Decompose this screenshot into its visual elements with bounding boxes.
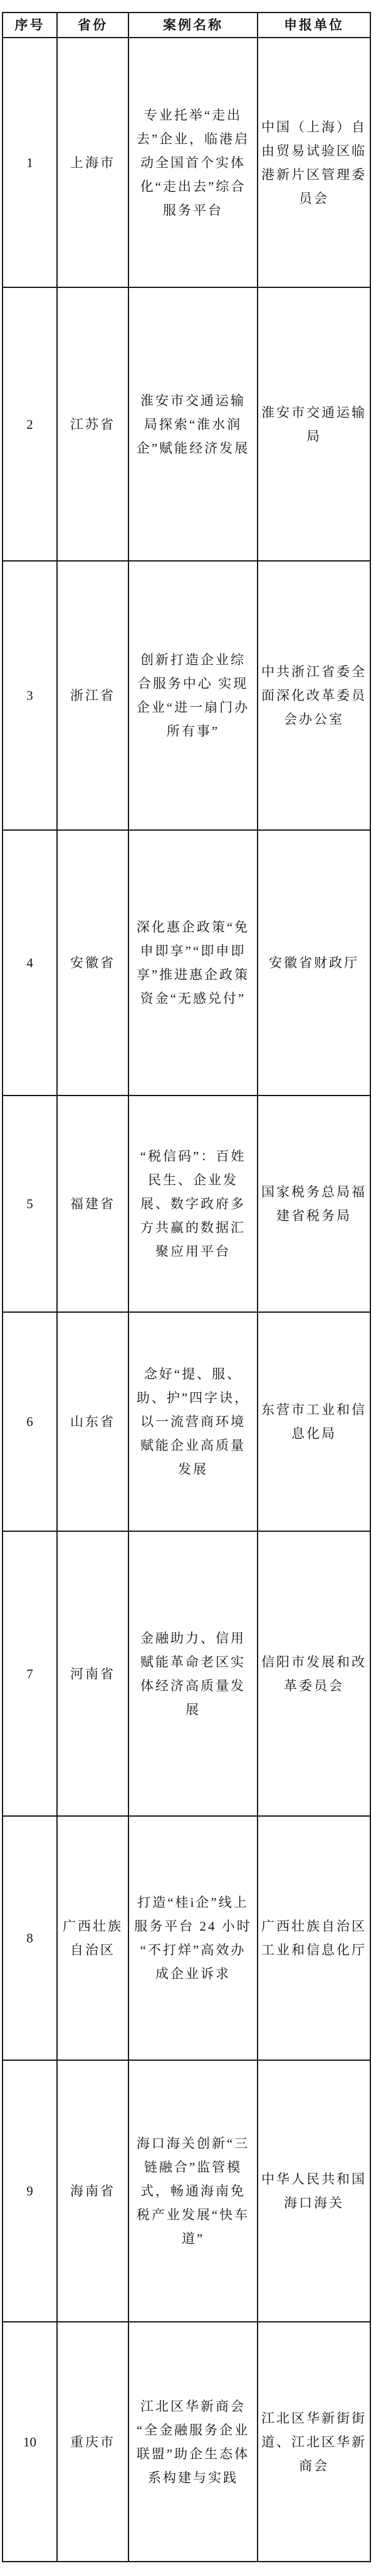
province-cell: 河南省: [57, 1531, 128, 1816]
reporting-unit-cell: 安徽省财政厅: [258, 830, 370, 1096]
serial-number-cell: 7: [3, 1531, 57, 1816]
case-name-cell: 海口海关创新“三链融合”监管模式，畅通海南免税产业发展“快车道”: [128, 2060, 258, 2322]
serial-number-cell: 8: [3, 1816, 57, 2060]
reporting-unit-cell: 中国（上海）自由贸易试验区临港新片区管理委员会: [258, 38, 370, 287]
header-row: 序号 省份 案例名称 申报单位: [3, 13, 370, 38]
reporting-unit-cell: 东营市工业和信息化局: [258, 1312, 370, 1531]
province-cell: 广西壮族自治区: [57, 1816, 128, 2060]
reporting-unit-cell: 江北区华新街街道、江北区华新商会: [258, 2322, 370, 2562]
header-province: 省份: [57, 13, 128, 38]
serial-number-cell: 3: [3, 561, 57, 830]
case-name-cell: 深化惠企政策“免申即享”“即申即享”推进惠企政策资金“无感兑付”: [128, 830, 258, 1096]
table-row: 1 上海市 专业托举“走出去”企业，临港启动全国首个实体化“走出去”综合服务平台…: [3, 38, 370, 287]
province-cell: 上海市: [57, 38, 128, 287]
serial-number-cell: 6: [3, 1312, 57, 1531]
reporting-unit-cell: 中华人民共和国海口海关: [258, 2060, 370, 2322]
province-cell: 重庆市: [57, 2322, 128, 2562]
province-cell: 安徽省: [57, 830, 128, 1096]
serial-number-cell: 1: [3, 38, 57, 287]
case-name-cell: 念好“提、服、助、护”四字诀，以一流营商环境赋能企业高质量发展: [128, 1312, 258, 1531]
case-name-cell: 淮安市交通运输局探索“淮水润企”赋能经济发展: [128, 287, 258, 561]
table-row: 9 海南省 海口海关创新“三链融合”监管模式，畅通海南免税产业发展“快车道” 中…: [3, 2060, 370, 2322]
serial-number-cell: 5: [3, 1096, 57, 1312]
reporting-unit-cell: 中共浙江省委全面深化改革委员会办公室: [258, 561, 370, 830]
header-reporting-unit: 申报单位: [258, 13, 370, 38]
header-case-name: 案例名称: [128, 13, 258, 38]
header-serial-number: 序号: [3, 13, 57, 38]
province-cell: 海南省: [57, 2060, 128, 2322]
table-row: 6 山东省 念好“提、服、助、护”四字诀，以一流营商环境赋能企业高质量发展 东营…: [3, 1312, 370, 1531]
table-row: 2 江苏省 淮安市交通运输局探索“淮水润企”赋能经济发展 淮安市交通运输局: [3, 287, 370, 561]
serial-number-cell: 4: [3, 830, 57, 1096]
cases-table: 序号 省份 案例名称 申报单位 1 上海市 专业托举“走出去”企业，临港启动全国…: [2, 12, 371, 2562]
case-name-cell: “税信码”：百姓民生、企业发展、数字政府多方共赢的数据汇聚应用平台: [128, 1096, 258, 1312]
case-name-cell: 江北区华新商会“全金融服务企业联盟”助企生态体系构建与实践: [128, 2322, 258, 2562]
serial-number-cell: 9: [3, 2060, 57, 2322]
reporting-unit-cell: 淮安市交通运输局: [258, 287, 370, 561]
reporting-unit-cell: 广西壮族自治区工业和信息化厅: [258, 1816, 370, 2060]
table-row: 5 福建省 “税信码”：百姓民生、企业发展、数字政府多方共赢的数据汇聚应用平台 …: [3, 1096, 370, 1312]
serial-number-cell: 10: [3, 2322, 57, 2562]
case-name-cell: 打造“桂i企”线上服务平台 24 小时“不打烊”高效办成企业诉求: [128, 1816, 258, 2060]
table-row: 7 河南省 金融助力、信用赋能革命老区实体经济高质量发展 信阳市发展和改革委员会: [3, 1531, 370, 1816]
reporting-unit-cell: 信阳市发展和改革委员会: [258, 1531, 370, 1816]
case-name-cell: 创新打造企业综合服务中心 实现企业“进一扇门办所有事”: [128, 561, 258, 830]
case-name-cell: 金融助力、信用赋能革命老区实体经济高质量发展: [128, 1531, 258, 1816]
province-cell: 山东省: [57, 1312, 128, 1531]
table-row: 3 浙江省 创新打造企业综合服务中心 实现企业“进一扇门办所有事” 中共浙江省委…: [3, 561, 370, 830]
province-cell: 福建省: [57, 1096, 128, 1312]
province-cell: 江苏省: [57, 287, 128, 561]
table-row: 4 安徽省 深化惠企政策“免申即享”“即申即享”推进惠企政策资金“无感兑付” 安…: [3, 830, 370, 1096]
serial-number-cell: 2: [3, 287, 57, 561]
case-name-cell: 专业托举“走出去”企业，临港启动全国首个实体化“走出去”综合服务平台: [128, 38, 258, 287]
province-cell: 浙江省: [57, 561, 128, 830]
table-row: 10 重庆市 江北区华新商会“全金融服务企业联盟”助企生态体系构建与实践 江北区…: [3, 2322, 370, 2562]
reporting-unit-cell: 国家税务总局福建省税务局: [258, 1096, 370, 1312]
table-row: 8 广西壮族自治区 打造“桂i企”线上服务平台 24 小时“不打烊”高效办成企业…: [3, 1816, 370, 2060]
